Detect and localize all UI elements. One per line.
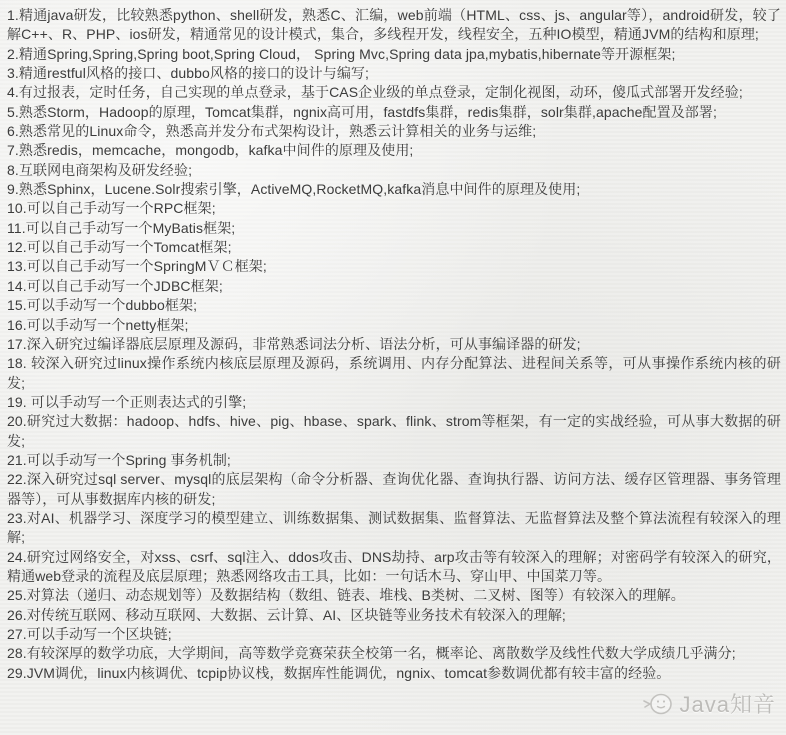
bird-mascot-icon bbox=[642, 691, 676, 717]
list-item: 28.有较深厚的数学功底，大学期间，高等数学竞赛荣获全校第一名，概率论、离散数学… bbox=[7, 644, 781, 663]
list-item: 18. 较深入研究过linux操作系统内核底层原理及源码，系统调用、内存分配算法… bbox=[7, 354, 781, 393]
list-item: 22.深入研究过sql server、mysql的底层架构（命令分析器、查询优化… bbox=[7, 470, 781, 509]
list-item: 5.熟悉Storm，Hadoop的原理，Tomcat集群，ngnix高可用，fa… bbox=[7, 103, 781, 122]
list-item: 14.可以自己手动写一个JDBC框架; bbox=[7, 277, 781, 296]
skill-list: 1.精通java研发，比较熟悉python、shell研发，熟悉C、汇编，web… bbox=[0, 0, 786, 687]
list-item: 11.可以自己手动写一个MyBatis框架; bbox=[7, 219, 781, 238]
watermark-label: Java知音 bbox=[680, 688, 776, 719]
list-item: 25.对算法（递归、动态规划等）及数据结构（数组、链表、堆栈、B类树、二叉树、图… bbox=[7, 586, 781, 605]
list-item: 3.精通restful风格的接口、dubbo风格的接口的设计与编写; bbox=[7, 64, 781, 83]
list-item: 20.研究过大数据：hadoop、hdfs、hive、pig、hbase、spa… bbox=[7, 412, 781, 451]
list-item: 8.互联网电商架构及研发经验; bbox=[7, 161, 781, 180]
list-item: 13.可以自己手动写一个SpringMＶＣ框架; bbox=[7, 257, 781, 276]
list-item: 21.可以手动写一个Spring 事务机制; bbox=[7, 451, 781, 470]
list-item: 1.精通java研发，比较熟悉python、shell研发，熟悉C、汇编，web… bbox=[7, 6, 781, 45]
list-item: 6.熟悉常见的Linux命令，熟悉高并发分布式架构设计，熟悉云计算相关的业务与运… bbox=[7, 122, 781, 141]
list-item: 12.可以自己手动写一个Tomcat框架; bbox=[7, 238, 781, 257]
list-item: 10.可以自己手动写一个RPC框架; bbox=[7, 199, 781, 218]
list-item: 26.对传统互联网、移动互联网、大数据、云计算、AI、区块链等业务技术有较深入的… bbox=[7, 606, 781, 625]
list-item: 16.可以手动写一个netty框架; bbox=[7, 316, 781, 335]
watermark: Java知音 bbox=[642, 688, 776, 719]
list-item: 15.可以手动写一个dubbo框架; bbox=[7, 296, 781, 315]
document-page: { "page": { "background_color": "#f0f0ee… bbox=[0, 0, 786, 735]
list-item: 24.研究过网络安全，对xss、csrf、sql注入、ddos攻击、DNS劫持、… bbox=[7, 548, 781, 587]
list-item: 9.熟悉Sphinx，Lucene.Solr搜索引擎，ActiveMQ,Rock… bbox=[7, 180, 781, 199]
list-item: 19. 可以手动写一个正则表达式的引擎; bbox=[7, 393, 781, 412]
list-item: 17.深入研究过编译器底层原理及源码，非常熟悉词法分析、语法分析，可从事编译器的… bbox=[7, 335, 781, 354]
list-item: 2.精通Spring,Spring,Spring boot,Spring Clo… bbox=[7, 45, 781, 64]
list-item: 27.可以手动写一个区块链; bbox=[7, 625, 781, 644]
list-item: 7.熟悉redis，memcache，mongodb，kafka中间件的原理及使… bbox=[7, 141, 781, 160]
list-item: 4.有过报表，定时任务，自己实现的单点登录，基于CAS企业级的单点登录，定制化视… bbox=[7, 83, 781, 102]
list-item: 23.对AI、机器学习、深度学习的模型建立、训练数据集、测试数据集、监督算法、无… bbox=[7, 509, 781, 548]
list-item: 29.JVM调优，linux内核调优、tcpip协议栈，数据库性能调优，ngni… bbox=[7, 664, 781, 683]
